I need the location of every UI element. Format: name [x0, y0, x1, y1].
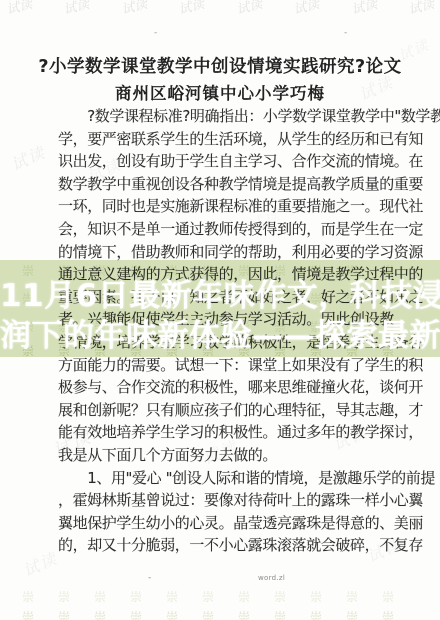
overlay-headline-line2: 润下的年味新体验——探索最新 — [0, 316, 440, 356]
page-top-marks: - - — [0, 28, 440, 38]
watermark-glyph: 试读 — [62, 0, 92, 18]
watermark-glyph: 试读 — [4, 0, 34, 18]
overlay-headline: 11月6日最新年味作文，科技浸 润下的年味新体验——探索最新 — [0, 276, 440, 356]
watermark-glyph: 试读 — [291, 0, 321, 18]
document-footer: - word.zl — [0, 573, 440, 585]
doc-line: 学，要严密联系学生的生活环境，从学生的经历和已有知 — [58, 128, 426, 151]
top-mark: - — [154, 28, 157, 38]
doc-line: 1、用"爱心 "创设人际和谐的情境，是激趣乐学的前提 — [58, 467, 426, 490]
doc-line: 数学教学中重视创设各种教学情境是提高教学质量的重要 — [58, 173, 426, 196]
pattern-row: 崇崇崇崇崇崇崇崇崇崇崇 — [0, 608, 440, 620]
doc-line: ?数学课程标准?明确指出：小学数学课堂教学中"数学教 — [58, 105, 426, 128]
overlay-headline-line1: 11月6日最新年味作文，科技浸 — [0, 276, 440, 316]
footer-mark: - — [148, 573, 151, 583]
doc-line: 极参与、合作交流的积极性，哪来思维碰撞火花，谈何开 — [58, 376, 426, 399]
watermark-glyph: 试读 — [406, 0, 436, 18]
footer-brand: word.zl — [258, 574, 285, 582]
watermark-glyph: 试读 — [234, 0, 264, 18]
document-subtitle: 商州区峪河镇中心小学巧梅 — [0, 80, 440, 104]
doc-line: ，霍姆林斯基曾说过：要像对待荷叶上的露珠一样小心翼 — [58, 489, 426, 512]
top-mark: - — [344, 28, 347, 38]
doc-line: 展和创新呢？只有顺应孩子们的心理特征，导其志趣，才 — [58, 399, 426, 422]
page: 试读 试读 试读 试读 试读 试读 试读 试读 试读 试读 试读 试读 试读 试… — [0, 0, 440, 620]
watermark-glyph: 试读 — [349, 0, 379, 18]
watermark-glyph: 试读 — [176, 0, 206, 18]
watermark: 试读 — [7, 140, 49, 176]
doc-line: 我是从下面几个方面努力去做的。 — [58, 444, 426, 467]
doc-line: 能有效地培养学生学习的积极性。通过多年的教学探讨， — [58, 421, 426, 444]
doc-line: 会，知识不是单一通过教师传授得到的，而是学生在一定 — [58, 218, 426, 241]
doc-line: 识出发，创设有助于学生自主学习、合作交流的情境。在 — [58, 150, 426, 173]
pattern-row: 崇崇崇崇崇崇崇崇崇崇崇 — [0, 588, 440, 605]
document-title: ?小学数学课堂教学中创设情境实践研究?论文 — [0, 53, 440, 78]
watermark-glyph: 试读 — [119, 0, 149, 18]
top-watermark-row: 试读 试读 试读 试读 试读 试读 试读 试读 — [0, 0, 440, 15]
doc-line: 一环，同时也是实施新课程标准的重要措施之一。现代社 — [58, 195, 426, 218]
doc-line: 翼地保护学生幼小的心灵。晶莹透亮露珠是得意的、美丽 — [58, 512, 426, 535]
doc-line: 的，却又十分脆弱，一不小心露珠滚落就会破碎，不复存 — [58, 534, 426, 557]
